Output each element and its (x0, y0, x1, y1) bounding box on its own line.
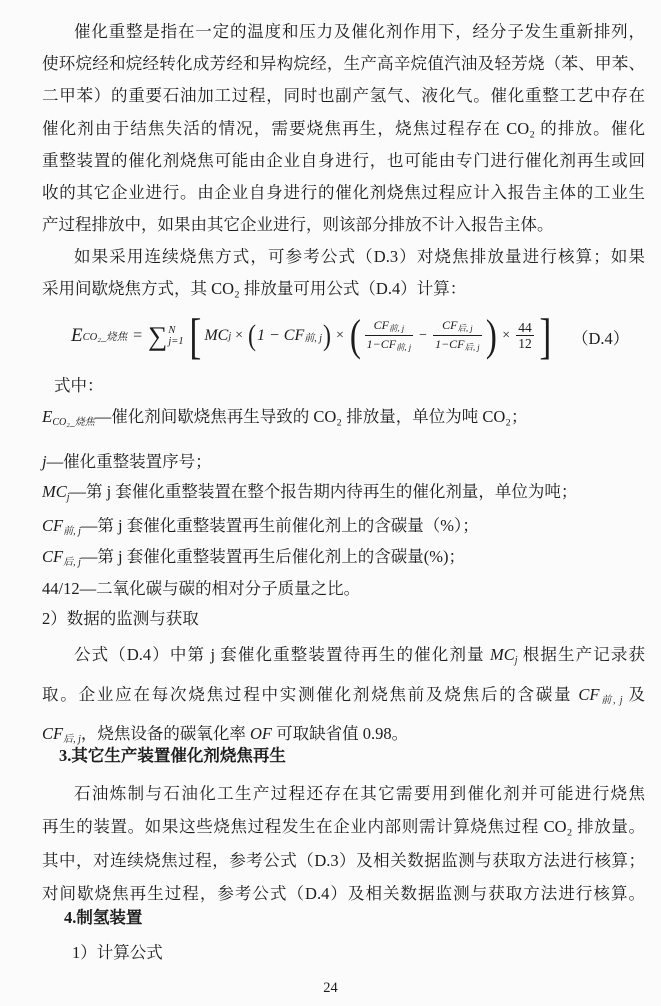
multiply-sign: × (502, 328, 510, 344)
formula-d4: ECO₂_烧焦 = ∑ N j=1 [ MCj × ( 1 − CF前, j )… (71, 305, 554, 367)
paragraph-line: 再生的装置。如果这些烧焦过程发生在企业内部则需计算烧焦过程 CO₂ 排放量。 (42, 810, 645, 843)
paragraph-line: 如果采用连续烧焦方式，可参考公式（D.3）对烧焦排放量进行核算；如果 (42, 241, 645, 273)
sigma-limits: N j=1 (168, 325, 183, 347)
paragraph-line: 取。企业应在每次烧焦过程中实测催化剂烧焦前及烧焦后的含碳量 CF前, j 及 (42, 678, 645, 718)
page-number: 24 (0, 980, 661, 997)
open-bracket: [ (189, 315, 201, 358)
formula-lhs-subscript: CO₂_烧焦 (83, 329, 128, 344)
minus-sign: − (419, 328, 427, 344)
multiply-sign: × (336, 328, 344, 344)
paragraph-line: 其中，对连续烧焦过程，参考公式（D.3）及相关数据监测与获取方法进行核算； (42, 844, 645, 877)
paragraph-1: 催化重整是指在一定的温度和压力及催化剂作用下，经分子发生重新排列， 使环烷经和烷… (42, 16, 645, 241)
paragraph-line: 使环烷经和烷经转化成芳经和异构烷经，生产高辛烷值汽油及轻芳烧（苯、甲苯、 (42, 48, 645, 80)
paragraph-line: 重整装置的催化剂烧焦可能由企业自身进行，也可能由专门进行催化剂再生或回 (42, 145, 645, 177)
open-paren: ( (248, 321, 256, 351)
subsection-2-monitoring: 2）数据的监测与获取 (42, 607, 645, 631)
definition-cf-after: CF后, j—第 j 套催化重整装置再生后催化剂上的含碳量(%)； (42, 545, 645, 575)
definition-e: ECO₂_烧焦—催化剂间歇烧焦再生导致的 CO₂ 排放量，单位为吨 CO₂； (42, 405, 645, 435)
term-mc-subscript: j (228, 331, 231, 342)
paragraph-line: 催化重整是指在一定的温度和压力及催化剂作用下，经分子发生重新排列， (42, 16, 645, 48)
heading-section-3: 3.其它生产装置催化剂烧焦再生 (42, 744, 661, 768)
paragraph-line: 催化剂由于结焦失活的情况，需要烧焦再生，烧焦过程存在 CO₂ 的排放。催化 (42, 113, 645, 145)
sigma-lower-limit: j=1 (168, 336, 183, 347)
definition-44-12: 44/12—二氧化碳与碳的相对分子质量之比。 (42, 577, 645, 601)
paragraph-line: 二甲苯）的重要石油加工过程，同时也副产氢气、液化气。催化重整工艺中存在 (42, 80, 645, 112)
paragraph-line: 公式（D.4）中第 j 套催化重整装置待再生的催化剂量 MCj 根据生产记录获 (42, 638, 645, 678)
term-mc: MC (204, 327, 228, 345)
paragraph-3: 公式（D.4）中第 j 套催化重整装置待再生的催化剂量 MCj 根据生产记录获 … (42, 638, 645, 757)
paragraph-5: 1）计算公式 (42, 941, 661, 965)
definition-j: j—催化重整装置序号； (42, 450, 645, 474)
definition-mc: MCj—第 j 套催化重整装置在整个报告期内待再生的催化剂量，单位为吨； (42, 480, 645, 510)
formula-lhs: E (71, 325, 83, 347)
equals-sign: = (133, 327, 142, 345)
close-bracket: ] (539, 315, 551, 358)
term-cf-subscript: 前, j (304, 329, 322, 344)
close-paren: ) (323, 321, 331, 351)
paragraph-4: 石油炼制与石油化工生产过程还存在其它需要用到催化剂并可能进行烧焦 再生的装置。如… (42, 777, 645, 910)
fraction-44-12: 44 12 (516, 321, 534, 351)
paragraph-line: 采用间歇烧焦方式，其 CO₂ 排放量可用公式（D.4）计算： (42, 273, 645, 305)
where-label: 式中： (42, 374, 657, 398)
fraction-cf-after: CF后, j 1−CF后, j (433, 318, 482, 354)
heading-section-4: 4.制氢装置 (42, 906, 661, 930)
paragraph-line: 收的其它企业进行。由企业自身进行的催化剂烧焦过程应计入报告主体的工业生 (42, 177, 645, 209)
term-one-minus-cf: 1 − CF (257, 327, 304, 345)
paragraph-line: 石油炼制与石油化工生产过程还存在其它需要用到催化剂并可能进行烧焦 (42, 777, 645, 810)
document-page: 催化重整是指在一定的温度和压力及催化剂作用下，经分子发生重新排列， 使环烷经和烷… (0, 0, 661, 1006)
multiply-sign: × (235, 328, 243, 344)
sigma-symbol: ∑ (148, 323, 167, 350)
close-paren-big: ) (485, 316, 496, 356)
fraction-cf-before: CF前, j 1−CF前, j (365, 318, 414, 354)
open-paren-big: ( (350, 316, 361, 356)
sigma-upper-limit: N (168, 325, 175, 336)
definition-cf-before: CF前, j—第 j 套催化重整装置再生前催化剂上的含碳量（%）； (42, 514, 645, 544)
formula-number-label: （D.4） (572, 325, 629, 349)
paragraph-line: 产过程排放中，如果由其它企业进行，则该部分排放不计入报告主体。 (42, 209, 645, 241)
paragraph-2: 如果采用连续烧焦方式，可参考公式（D.3）对烧焦排放量进行核算；如果 采用间歇烧… (42, 241, 645, 305)
